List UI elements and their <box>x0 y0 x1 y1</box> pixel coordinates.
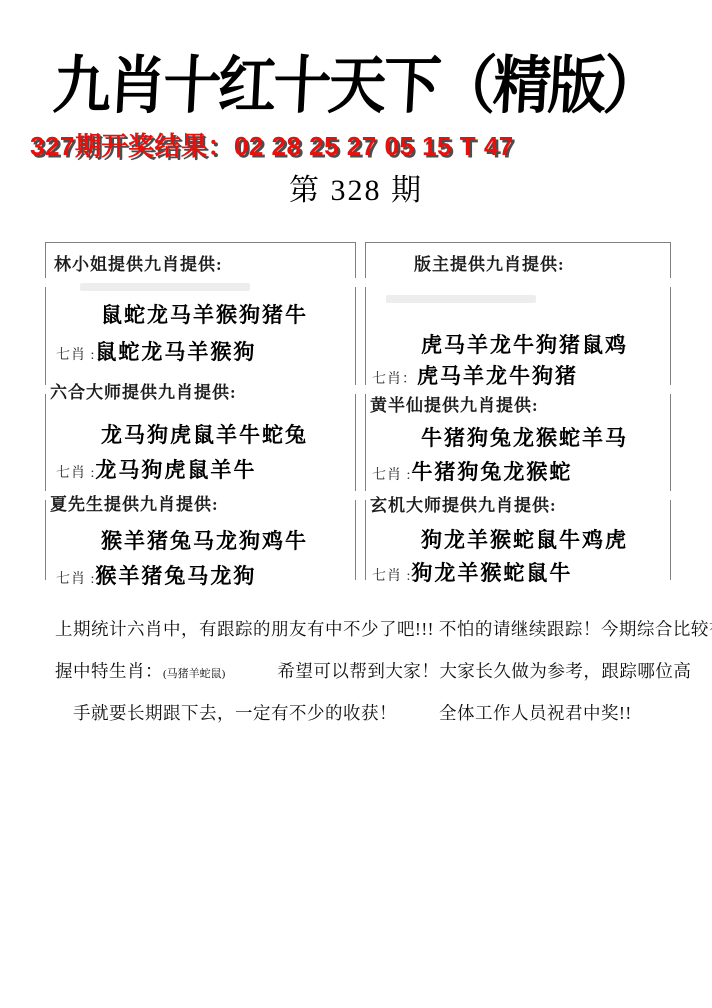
previous-draw-result: 327期开奖结果：02 28 25 27 05 15 T 47 <box>30 126 514 163</box>
footer-line-1: 上期统计六肖中，有跟踪的朋友有中不少了吧!!! 不怕的请继续跟踪！今期综合比较有… <box>55 616 667 641</box>
erased-text-artifact <box>80 283 250 291</box>
nine-zodiac-line: 鼠蛇龙马羊猴狗猪牛 <box>46 299 355 329</box>
nine-zodiac-line: 猴羊猪兔马龙狗鸡牛 <box>46 525 355 555</box>
seven-zodiac-label: 七肖 : <box>372 569 411 584</box>
seven-zodiac-row: 七肖 :猴羊猪兔马龙狗 <box>46 560 355 590</box>
footer-line2-rest: 希望可以帮到大家！大家长久做为参考，跟踪哪位高 <box>277 661 691 681</box>
seven-zodiac-row: 七肖 :狗龙羊猴蛇鼠牛 <box>366 557 670 587</box>
seven-zodiac-label: 七肖 : <box>56 572 95 587</box>
seven-zodiac-value: 龙马狗虎鼠羊牛 <box>95 458 256 482</box>
left-section-3: 猴羊猪兔马龙狗鸡牛 七肖 :猴羊猪兔马龙狗 <box>45 500 356 580</box>
footer-line-2: 握中特生肖：(马猪羊蛇鼠)希望可以帮到大家！大家长久做为参考，跟踪哪位高 <box>55 658 667 683</box>
footer-commentary: 上期统计六肖中，有跟踪的朋友有中不少了吧!!! 不怕的请继续跟踪！今期综合比较有… <box>55 616 667 742</box>
footer-line3-part1: 手就要长期跟下去，一定有不少的收获！ <box>73 703 397 723</box>
seven-zodiac-value: 猴羊猪兔马龙狗 <box>95 564 256 588</box>
right-column: 版主提供九肖提供: 虎马羊龙牛狗猪鼠鸡 七肖：虎马羊龙牛狗猪 黄半仙提供九肖提供… <box>365 242 671 580</box>
nine-zodiac-line: 狗龙羊猴蛇鼠牛鸡虎 <box>366 524 670 554</box>
seven-zodiac-label: 七肖： <box>372 372 417 387</box>
erased-text-artifact <box>386 295 536 303</box>
row-gap <box>365 278 671 287</box>
nine-zodiac-line: 虎马羊龙牛狗猪鼠鸡 <box>366 329 670 359</box>
footer-line-3: 手就要长期跟下去，一定有不少的收获！全体工作人员祝君中奖!! <box>55 700 667 725</box>
footer-line2-prefix: 握中特生肖： <box>55 661 163 681</box>
footer-line3-part2: 全体工作人员祝君中奖!! <box>439 703 632 723</box>
provider-header-linxiaojie: 林小姐提供九肖提供: <box>45 242 356 278</box>
seven-zodiac-value: 牛猪狗兔龙猴蛇 <box>411 460 572 484</box>
nine-zodiac-line: 牛猪狗兔龙猴蛇羊马 <box>366 422 670 452</box>
seven-zodiac-row: 七肖 :鼠蛇龙马羊猴狗 <box>46 336 355 366</box>
special-zodiac-note: (马猪羊蛇鼠) <box>163 668 225 680</box>
right-section-1: 虎马羊龙牛狗猪鼠鸡 七肖：虎马羊龙牛狗猪 黄半仙提供九肖提供: <box>365 287 671 385</box>
left-section-2: 龙马狗虎鼠羊牛蛇兔 七肖 :龙马狗虎鼠羊牛 夏先生提供九肖提供: <box>45 394 356 491</box>
seven-zodiac-row: 七肖 :牛猪狗兔龙猴蛇 <box>366 456 670 486</box>
page-title: 九肖十红十天下（精版） <box>0 35 712 126</box>
provider-header-label: 版主提供九肖提供: <box>374 255 565 274</box>
seven-zodiac-row: 七肖：虎马羊龙牛狗猪 <box>366 360 670 390</box>
seven-zodiac-label: 七肖 : <box>56 466 95 481</box>
seven-zodiac-value: 虎马羊龙牛狗猪 <box>417 364 578 388</box>
seven-zodiac-value: 狗龙羊猴蛇鼠牛 <box>411 561 572 585</box>
provider-header-label: 林小姐提供九肖提供: <box>54 255 223 274</box>
right-section-2: 牛猪狗兔龙猴蛇羊马 七肖 :牛猪狗兔龙猴蛇 玄机大师提供九肖提供: <box>365 394 671 491</box>
seven-zodiac-label: 七肖 : <box>56 348 95 363</box>
seven-zodiac-row: 七肖 :龙马狗虎鼠羊牛 <box>46 454 355 484</box>
left-column: 林小姐提供九肖提供: 鼠蛇龙马羊猴狗猪牛 七肖 :鼠蛇龙马羊猴狗 六合大师提供九… <box>45 242 356 580</box>
right-section-3: 狗龙羊猴蛇鼠牛鸡虎 七肖 :狗龙羊猴蛇鼠牛 <box>365 500 671 580</box>
left-section-1: 鼠蛇龙马羊猴狗猪牛 七肖 :鼠蛇龙马羊猴狗 六合大师提供九肖提供: <box>45 287 356 385</box>
provider-header-banzhu: 版主提供九肖提供: <box>365 242 671 278</box>
issue-heading: 第 328 期 <box>0 165 712 209</box>
seven-zodiac-label: 七肖 : <box>372 468 411 483</box>
seven-zodiac-value: 鼠蛇龙马羊猴狗 <box>95 340 256 364</box>
nine-zodiac-line: 龙马狗虎鼠羊牛蛇兔 <box>46 419 355 449</box>
